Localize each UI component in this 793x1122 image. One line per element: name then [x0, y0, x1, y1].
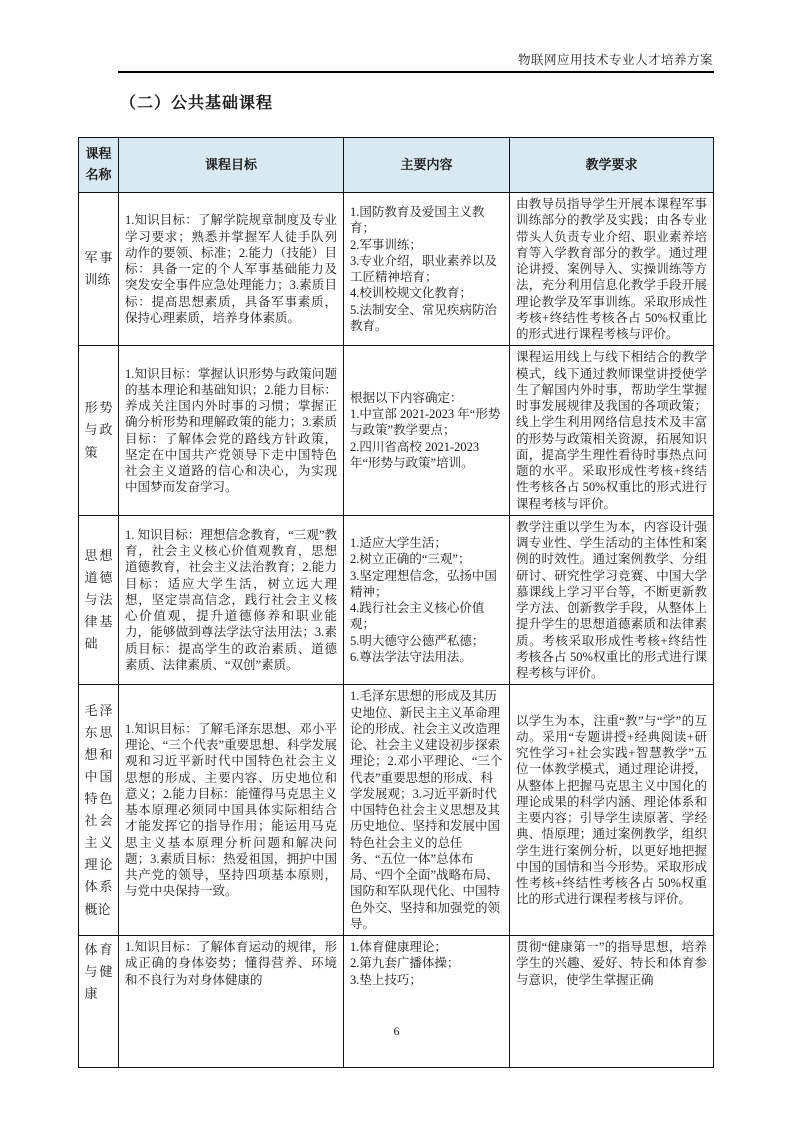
course-name: 毛泽东思想和中国特色社会主义理论体系概论 — [85, 700, 113, 921]
course-requirements-cell: 贯彻“健康第一”的指导思想，培养学生的兴趣、爱好、特长和体育参与意识，使学生掌握… — [510, 936, 714, 1068]
course-requirements-cell: 由教导员指导学生开展本课程军事训练部分的教学及实践；由各专业带头人负责专业介绍、… — [510, 193, 714, 346]
table-row: 毛泽东思想和中国特色社会主义理论体系概论 1.知识目标：了解毛泽东思想、邓小平理… — [79, 685, 714, 936]
course-name-cell: 思想道德与法律基础 — [79, 515, 119, 685]
course-name-cell: 形势与政策 — [79, 346, 119, 516]
course-content-cell: 1.国防教育及爱国主义教育； 2.军事训练； 3.专业介绍，职业素养以及工匠精神… — [344, 193, 510, 346]
table-header-row: 课程名称 课程目标 主要内容 教学要求 — [79, 138, 714, 193]
course-objectives-cell: 1. 知识目标：理想信念教育，“三观”教育，社会主义核心价值观教育，思想道德教育… — [119, 515, 344, 685]
document-header-title: 物联网应用技术专业人才培养方案 — [518, 50, 713, 68]
course-name-cell: 体育与健康 — [79, 936, 119, 1068]
course-content-cell: 1.体育健康理论； 2.第九套广播体操； 3.垫上技巧； — [344, 936, 510, 1068]
course-requirements-cell: 以学生为本，注重“教”与“学”的互动。采用“专题讲授+经典阅读+研究性学习+社会… — [510, 685, 714, 936]
course-name-cell: 军事训练 — [79, 193, 119, 346]
section-heading: （二）公共基础课程 — [120, 90, 273, 113]
table-row: 体育与健康 1.知识目标：了解体育运动的规律，形成正确的身体姿势；懂得营养、环境… — [79, 936, 714, 1068]
course-name: 军事训练 — [85, 247, 113, 291]
course-objectives-cell: 1.知识目标：了解体育运动的规律，形成正确的身体姿势；懂得营养、环境和不良行为对… — [119, 936, 344, 1068]
column-header-requirements: 教学要求 — [510, 138, 714, 193]
table-row: 形势与政策 1.知识目标：掌握认识形势与政策问题的基本理论和基础知识；2.能力目… — [79, 346, 714, 516]
course-content-cell: 1.适应大学生活； 2.树立正确的“三观”； 3.坚定理想信念，弘扬中国精神； … — [344, 515, 510, 685]
course-requirements-cell: 课程运用线上与线下相结合的教学模式，线下通过教师课堂讲授使学生了解国内外时事，帮… — [510, 346, 714, 516]
course-objectives-cell: 1.知识目标：了解毛泽东思想、邓小平理论、“三个代表”重要思想、科学发展观和习近… — [119, 685, 344, 936]
document-page: 物联网应用技术专业人才培养方案 （二）公共基础课程 课程名称 课程目标 主要内容… — [0, 0, 793, 1122]
course-content-cell: 1.毛泽东思想的形成及其历史地位、新民主主义革命理论的形成、社会主义改造理论、社… — [344, 685, 510, 936]
column-header-objectives: 课程目标 — [119, 138, 344, 193]
course-objectives-cell: 1.知识目标：掌握认识形势与政策问题的基本理论和基础知识；2.能力目标：养成关注… — [119, 346, 344, 516]
course-name: 体育与健康 — [85, 939, 113, 1005]
course-objectives-cell: 1.知识目标：了解学院规章制度及专业学习要求；熟悉并掌握军人徒手队列动作的要领、… — [119, 193, 344, 346]
course-content-cell: 根据以下内容确定： 1.中宣部 2021-2023 年“形势与政策”教学要点； … — [344, 346, 510, 516]
header-divider — [118, 71, 714, 73]
column-header-content: 主要内容 — [344, 138, 510, 193]
course-requirements-cell: 教学注重以学生为本，内容设计强调专业性、学生活动的主体性和案例的时效性。通过案例… — [510, 515, 714, 685]
table-row: 军事训练 1.知识目标：了解学院规章制度及专业学习要求；熟悉并掌握军人徒手队列动… — [79, 193, 714, 346]
course-name: 形势与政策 — [85, 397, 113, 463]
course-table: 课程名称 课程目标 主要内容 教学要求 军事训练 1.知识目标：了解学院规章制度… — [78, 137, 714, 1068]
course-name: 思想道德与法律基础 — [85, 545, 113, 655]
column-header-course-name: 课程名称 — [79, 138, 119, 193]
page-number: 6 — [0, 1024, 793, 1039]
course-name-cell: 毛泽东思想和中国特色社会主义理论体系概论 — [79, 685, 119, 936]
table-row: 思想道德与法律基础 1. 知识目标：理想信念教育，“三观”教育，社会主义核心价值… — [79, 515, 714, 685]
